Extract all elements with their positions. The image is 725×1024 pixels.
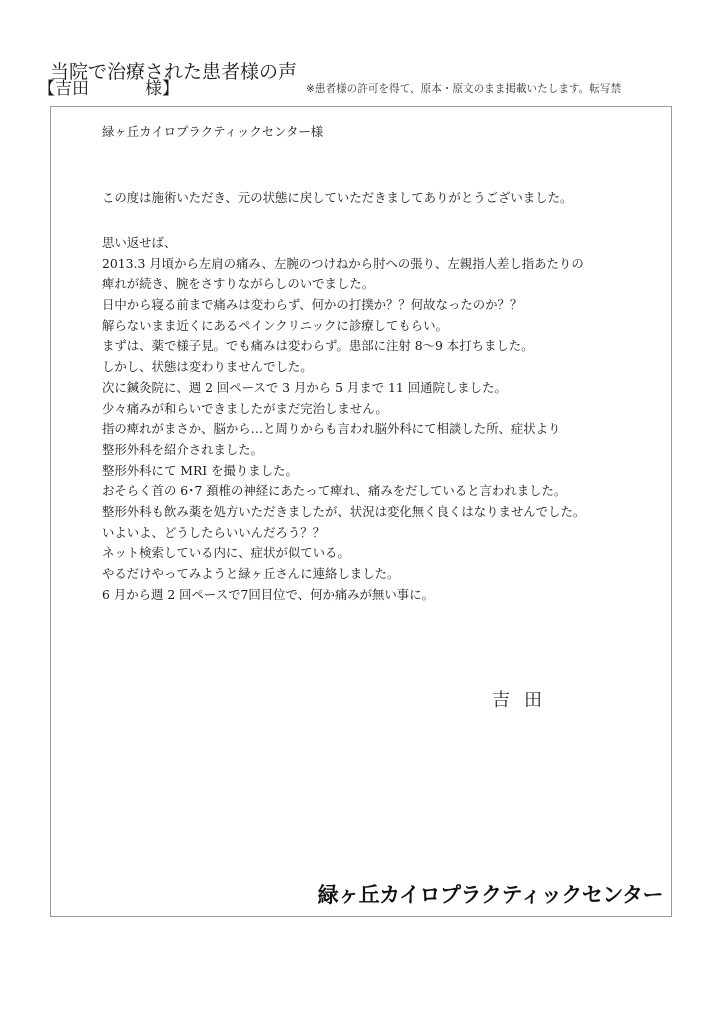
clinic-name-logo: 緑ヶ丘カイロプラクティックセンター	[318, 879, 663, 909]
letter-line: 整形外科を紹介されました。	[102, 440, 585, 461]
handwritten-signature: 吉田	[492, 686, 556, 712]
letter-line: 痺れが続き、腕をさすりながらしのいでました。	[102, 274, 585, 295]
letter-line: 整形外科にて MRI を撮りました。	[102, 461, 585, 482]
letter-line: おそらく首の 6･7 頚椎の神経にあたって痺れ、痛みをだしていると言われました。	[102, 481, 585, 502]
letter-line: 指の痺れがまさか、脳から…と周りからも言われ脳外科にて相談した所、症状より	[102, 419, 585, 440]
patient-name-open: 【吉田	[38, 79, 89, 99]
letter-line: 2013.3 月頃から左肩の痛み、左腕のつけねから肘への張り、左親指人差し指あた…	[102, 254, 585, 275]
letter-line: やるだけやってみようと緑ヶ丘さんに連絡しました。	[102, 564, 585, 585]
patient-name-close: 様】	[145, 79, 179, 99]
letter-thanks: この度は施術いただき、元の状態に戻していただきましてありがとうございました。	[102, 188, 572, 206]
letter-line: ネット検索している内に、症状が似ている。	[102, 543, 585, 564]
letter-line: いよいよ、どうしたらいいんだろう？？	[102, 523, 585, 544]
letter-line: 少々痛みが和らいできましたがまだ完治しません。	[102, 399, 585, 420]
letter-line: 次に鍼灸院に、週 2 回ペースで 3 月から 5 月まで 11 回通院しました。	[102, 378, 585, 399]
letter-line: 日中から寝る前まで痛みは変わらず、何かの打撲か？？何故なったのか？？	[102, 295, 585, 316]
letter-body: 思い返せば、 2013.3 月頃から左肩の痛み、左腕のつけねから肘への張り、左親…	[102, 233, 585, 605]
reprint-notice: ※患者様の許可を得て、原本・原文のまま掲載いたします。転写禁	[306, 81, 621, 96]
letter-line: 解らないまま近くにあるペインクリニックに診療してもらい。	[102, 316, 585, 337]
patient-name: 【吉田様】	[38, 74, 179, 99]
letter-box: 緑ヶ丘カイロプラクティックセンター様 この度は施術いただき、元の状態に戻していた…	[50, 106, 672, 917]
letter-line: 思い返せば、	[102, 233, 585, 254]
letter-line: 6 月から週 2 回ペースで7回目位で、何か痛みが無い事に。	[102, 585, 585, 606]
letter-salutation: 緑ヶ丘カイロプラクティックセンター様	[102, 122, 323, 140]
letter-line: 整形外科も飲み薬を処方いただきましたが、状況は変化無く良くはなりませんでした。	[102, 502, 585, 523]
letter-line: まずは、薬で様子見。でも痛みは変わらず。患部に注射 8～9 本打ちました。	[102, 336, 585, 357]
letter-line: しかし、状態は変わりませんでした。	[102, 357, 585, 378]
